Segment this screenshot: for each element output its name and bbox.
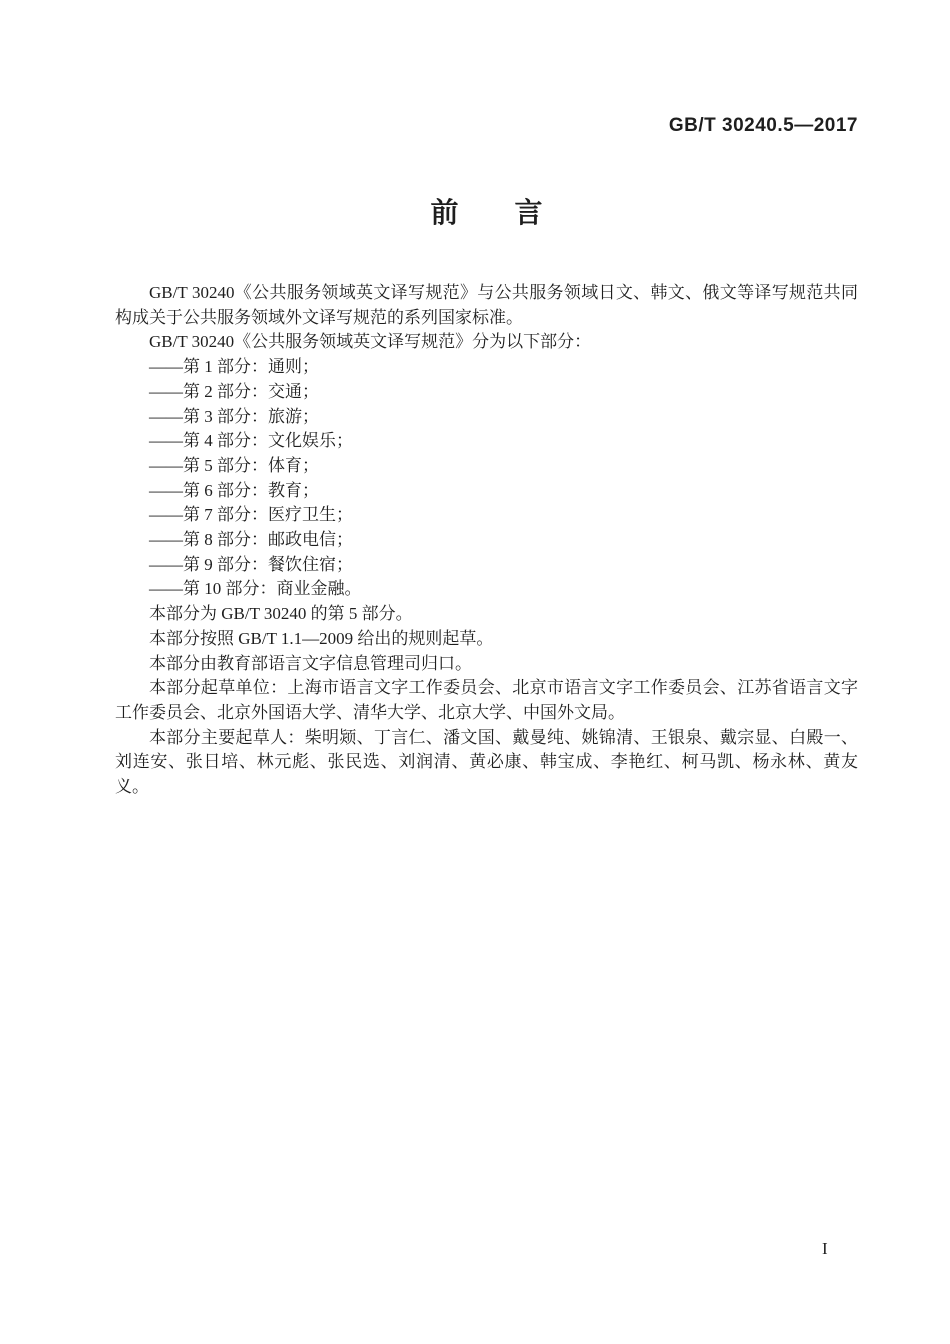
body-paragraph: GB/T 30240《公共服务领域英文译写规范》与公共服务领域日文、韩文、俄文等…: [115, 281, 858, 330]
part-list-item: ——第 7 部分：医疗卫生；: [115, 503, 858, 528]
part-list-item: ——第 8 部分：邮政电信；: [115, 528, 858, 553]
part-list-item: ——第 5 部分：体育；: [115, 454, 858, 479]
page-number: I: [822, 1239, 828, 1259]
body-paragraph: 本部分由教育部语言文字信息管理司归口。: [115, 652, 858, 677]
body-paragraph: 本部分按照 GB/T 1.1—2009 给出的规则起草。: [115, 627, 858, 652]
part-list-item: ——第 2 部分：交通；: [115, 380, 858, 405]
body-paragraph: GB/T 30240《公共服务领域英文译写规范》分为以下部分：: [115, 330, 858, 355]
page-title: 前 言: [115, 197, 858, 229]
body-paragraph: 本部分为 GB/T 30240 的第 5 部分。: [115, 602, 858, 627]
part-list-item: ——第 4 部分：文化娱乐；: [115, 429, 858, 454]
part-list-item: ——第 6 部分：教育；: [115, 479, 858, 504]
part-list-item: ——第 3 部分：旅游；: [115, 405, 858, 430]
part-list-item: ——第 10 部分：商业金融。: [115, 577, 858, 602]
part-list-item: ——第 1 部分：通则；: [115, 355, 858, 380]
standard-number: GB/T 30240.5—2017: [669, 115, 858, 137]
part-list-item: ——第 9 部分：餐饮住宿；: [115, 553, 858, 578]
body-paragraph: 本部分起草单位：上海市语言文字工作委员会、北京市语言文字工作委员会、江苏省语言文…: [115, 676, 858, 725]
document-page: GB/T 30240.5—2017 前 言 GB/T 30240《公共服务领域英…: [0, 0, 950, 1344]
foreword-body: GB/T 30240《公共服务领域英文译写规范》与公共服务领域日文、韩文、俄文等…: [115, 281, 858, 800]
body-paragraph: 本部分主要起草人：柴明颎、丁言仁、潘文国、戴曼纯、姚锦清、王银泉、戴宗显、白殿一…: [115, 726, 858, 800]
